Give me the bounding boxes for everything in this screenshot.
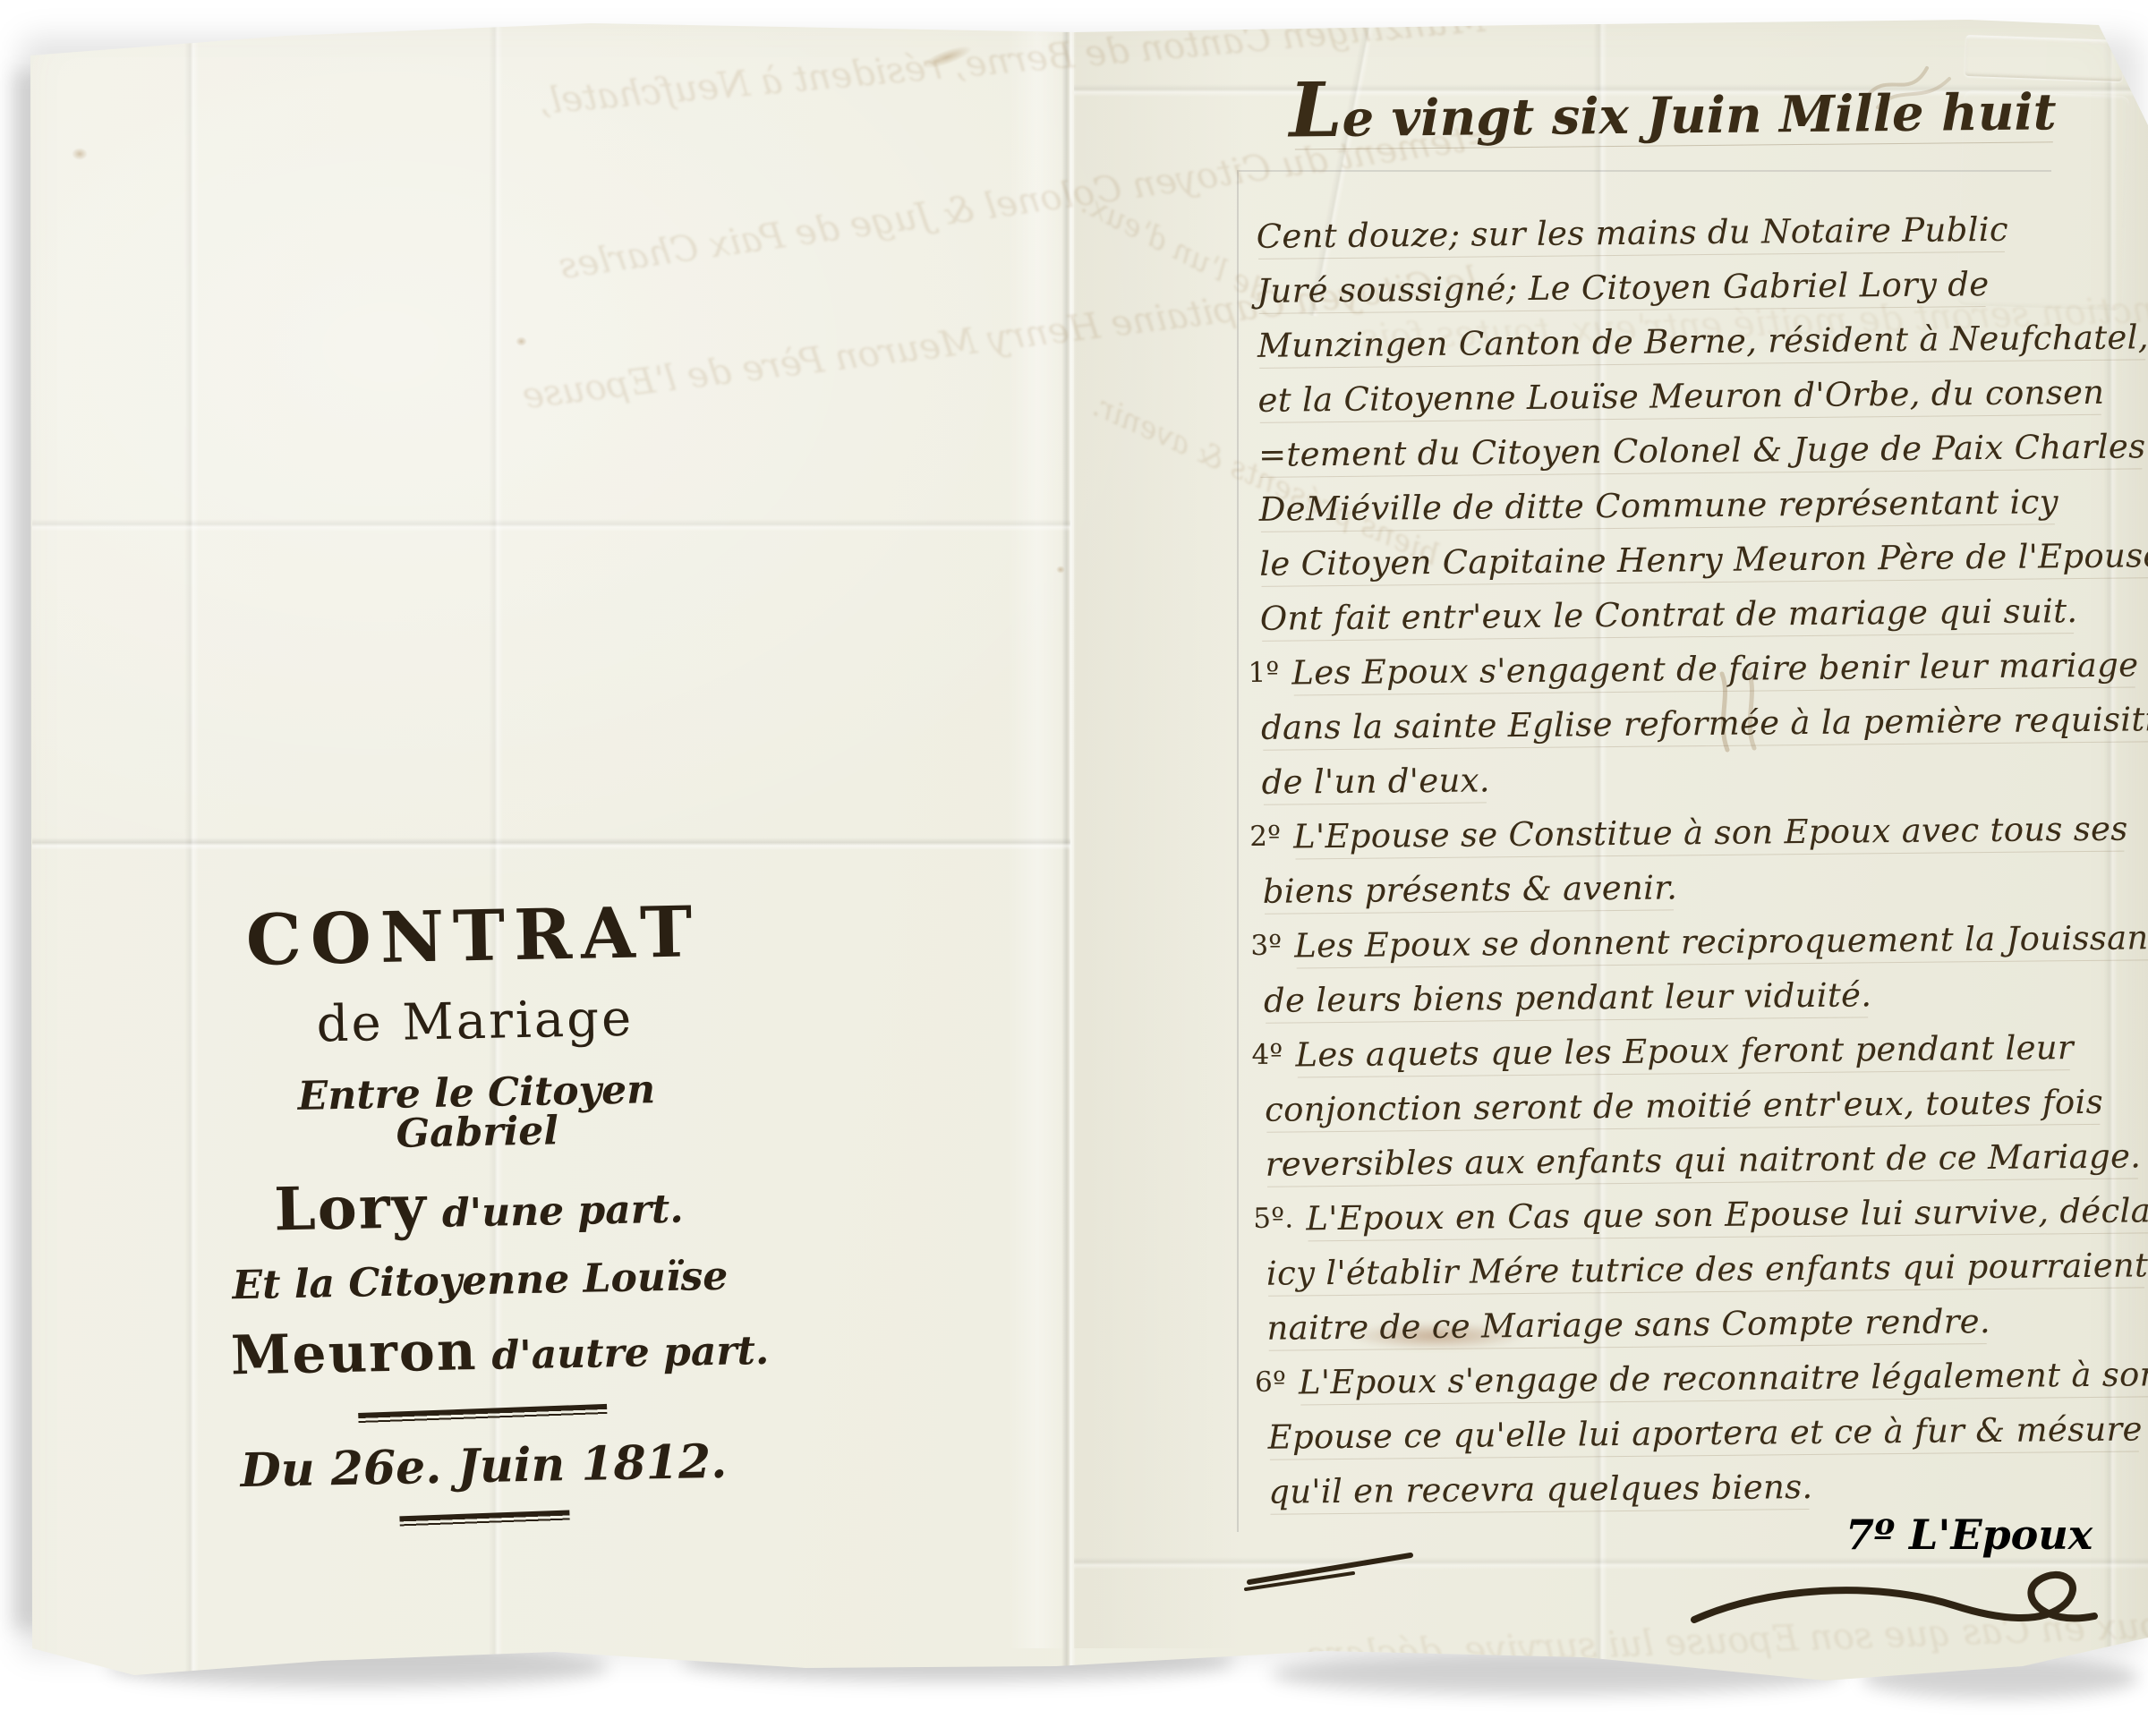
manuscript-line: le Citoyen Capitaine Henry Meuron Père d… <box>1247 529 2148 592</box>
manuscript-line: 2º L'Epouse se Constitue à son Epoux ave… <box>1249 802 2148 865</box>
manuscript-line: 1º Les Epoux s'engagent de faire benir l… <box>1248 638 2148 702</box>
manuscript-line-text: de leurs biens pendant leur viduité. <box>1264 979 1872 1018</box>
bleedthrough-text: conjonction seront de moitié entr'eux, t… <box>1360 289 2148 356</box>
manuscript-line: Cent douze; sur les mains du Notaire Pub… <box>1244 201 2148 265</box>
manuscript-line-text: Munzingen Canton de Berne, résident à Ne… <box>1257 321 2148 363</box>
manuscript-line: reversibles aux enfants qui naitront de … <box>1252 1129 2148 1193</box>
photo-background: Munzingen Canton de Berne, résident à Ne… <box>0 0 2148 1736</box>
manuscript-line: icy l'établir Mére tutrice des enfants q… <box>1254 1238 2148 1302</box>
horizontal-fold-crease <box>1074 1557 2148 1570</box>
manuscript-line-text: conjonction seront de moitié entr'eux, t… <box>1265 1085 2103 1127</box>
manuscript-line-text: Cent douze; sur les mains du Notaire Pub… <box>1257 213 2008 253</box>
manuscript-line-text: L'Epoux s'engage de reconnaitre légaleme… <box>1299 1358 2148 1400</box>
horizontal-fold-crease <box>32 838 1070 850</box>
clause-seven-signature-label: 7º L'Epoux <box>1845 1514 2093 1555</box>
vertical-fold-crease <box>1593 0 1607 1736</box>
ink-squiggle-mark <box>1711 669 1774 754</box>
manuscript-line: =tement du Citoyen Colonel & Juge de Pai… <box>1246 420 2148 483</box>
contract-text-column: Le vingt six Juin Mille huit Cent douze;… <box>1242 61 2148 1519</box>
manuscript-line: 4º Les aquets que les Epoux feront penda… <box>1251 1020 2148 1084</box>
manuscript-line-text: naitre de ce Mariage sans Compte rendre. <box>1266 1305 1990 1345</box>
manuscript-line: naitre de ce Mariage sans Compte rendre. <box>1254 1293 2148 1357</box>
clause-number: 2º <box>1249 823 1281 851</box>
manuscript-line: biens présents & avenir. <box>1250 856 2148 920</box>
manuscript-line: Juré soussigné; Le Citoyen Gabriel Lory … <box>1244 256 2148 319</box>
cover-line-bride: Meurond'autre part. <box>230 1320 732 1383</box>
diagonal-crease <box>1307 16 1377 317</box>
groom-surname: Lory <box>274 1171 429 1244</box>
cover-title: CONTRAT <box>222 898 724 977</box>
manuscript-line-text: =tement du Citoyen Colonel & Juge de Pai… <box>1258 430 2146 472</box>
manuscript-line-text: et la Citoyenne Louïse Meuron d'Orbe, du… <box>1257 376 2104 417</box>
groom-part-label: d'une part. <box>441 1187 684 1237</box>
vertical-fold-crease <box>184 0 199 1736</box>
manuscript-line: 3º Les Epoux se donnent reciproquement l… <box>1250 911 2148 974</box>
manuscript-line: Ont fait entr'eux le Contrat de mariage … <box>1248 583 2148 647</box>
cover-date: Du 26e. Juin 1812. <box>233 1439 735 1495</box>
manuscript-line-text: dans la sainte Eglise reformée à la pemi… <box>1261 702 2148 745</box>
horizontal-fold-crease <box>1074 84 2148 97</box>
faint-scribble-mark <box>1860 52 1958 115</box>
center-fold-highlight <box>1008 27 1067 1648</box>
manuscript-line-text: qu'il en recevra quelques biens. <box>1268 1470 1813 1509</box>
manuscript-line: conjonction seront de moitié entr'eux, t… <box>1252 1075 2148 1138</box>
clause-number: 1º <box>1248 660 1279 687</box>
manuscript-line: de l'un d'eux. <box>1249 747 2148 811</box>
center-fold-shading <box>1074 27 1244 1648</box>
foxing-spot <box>1056 566 1065 574</box>
clause-number: 5º. <box>1253 1205 1293 1233</box>
clause-number: 4º <box>1251 1042 1283 1069</box>
manuscript-line: dans la sainte Eglise reformée à la pemi… <box>1249 693 2148 756</box>
clause-number: 3º <box>1250 932 1282 960</box>
cover-title-block: CONTRAT de Mariage Entre le Citoyen Gabr… <box>222 898 735 1530</box>
clause-number: 6º <box>1255 1369 1286 1397</box>
pencil-guide-frame <box>1237 170 2051 1532</box>
ink-smear <box>1347 1323 1526 1349</box>
bleedthrough-text: biens présents & avenir. <box>1088 390 1444 571</box>
manuscript-line: DeMiéville de ditte Commune représentant… <box>1246 474 2148 538</box>
manuscript-line: qu'il en recevra quelques biens. <box>1256 1457 2148 1520</box>
manuscript-line-text: Les Epoux se donnent reciproquement la J… <box>1294 921 2148 963</box>
bleedthrough-text: de l'un d'eux. <box>1077 187 1274 308</box>
manuscript-line: 6º L'Epoux s'engage de reconnaitre légal… <box>1255 1348 2148 1411</box>
manuscript-line-text: le Citoyen Capitaine Henry Meuron Père d… <box>1259 540 2148 582</box>
foxing-spot <box>72 148 88 160</box>
manuscript-line: 5º. L'Epoux en Cas que son Epouse lui su… <box>1253 1184 2148 1247</box>
vertical-fold-crease <box>489 0 503 1736</box>
bleedthrough-text: Munzingen Canton de Berne, résident à Ne… <box>537 2 1486 120</box>
signature-flourish <box>1681 1568 2119 1657</box>
contract-opening-line: Le vingt six Juin Mille huit <box>1289 62 2057 152</box>
contract-body-lines: Cent douze; sur les mains du Notaire Pub… <box>1244 201 2148 1520</box>
cover-line-bride-intro: Et la Citoyenne Louïse <box>229 1257 731 1306</box>
manuscript-line-text: Ont fait entr'eux le Contrat de mariage … <box>1260 594 2078 635</box>
double-rule <box>358 1404 607 1425</box>
double-rule <box>399 1510 569 1528</box>
horizontal-fold-crease <box>32 519 1070 532</box>
manuscript-line-text: L'Epouse se Constitue à son Epoux avec t… <box>1293 813 2128 854</box>
embossed-stamp <box>1965 35 2123 81</box>
cover-line-groom: Loryd'une part. <box>227 1171 729 1240</box>
manuscript-line-text: Epouse ce qu'elle lui aportera et ce à f… <box>1267 1413 2142 1454</box>
bleedthrough-text: =tement du Citoyen Colonel & Juge de Pai… <box>557 118 1497 285</box>
paraph-dashes <box>1244 1545 1423 1594</box>
vertical-fold-crease <box>2103 0 2118 1736</box>
manuscript-line-text: de l'un d'eux. <box>1261 764 1490 799</box>
foxing-spot <box>516 336 527 346</box>
document-paper: Munzingen Canton de Berne, résident à Ne… <box>0 0 2148 1736</box>
manuscript-line-text: Les aquets que les Epoux feront pendant … <box>1295 1032 2074 1072</box>
manuscript-line-text: Juré soussigné; Le Citoyen Gabriel Lory … <box>1257 268 1989 308</box>
cover-subtitle: de Mariage <box>224 992 726 1052</box>
manuscript-line-text: L'Epoux en Cas que son Epouse lui surviv… <box>1306 1194 2148 1235</box>
bride-surname: Meuron <box>230 1320 478 1387</box>
foxing-spot <box>919 41 975 73</box>
manuscript-line: de leurs biens pendant leur viduité. <box>1251 966 2148 1029</box>
manuscript-line: Epouse ce qu'elle lui aportera et ce à f… <box>1255 1402 2148 1466</box>
manuscript-line-text: DeMiéville de ditte Commune représentant… <box>1259 486 2059 527</box>
embossed-stamp-ghost <box>1956 90 2130 311</box>
cover-line-groom-intro: Entre le Citoyen Gabriel <box>226 1069 729 1158</box>
manuscript-line-text: icy l'établir Mére tutrice des enfants q… <box>1266 1249 2148 1290</box>
manuscript-line: Munzingen Canton de Berne, résident à Ne… <box>1245 311 2148 374</box>
bride-part-label: d'autre part. <box>491 1328 770 1379</box>
manuscript-line: et la Citoyenne Louïse Meuron d'Orbe, du… <box>1245 365 2148 429</box>
manuscript-line-text: Les Epoux s'engagent de faire benir leur… <box>1291 649 2138 690</box>
manuscript-line-text: biens présents & avenir. <box>1263 872 1678 908</box>
center-fold-crease <box>1061 0 1076 1736</box>
manuscript-line-text: reversibles aux enfants qui naitront de … <box>1266 1140 2142 1181</box>
bleedthrough-text: le Citoyen Capitaine Henry Meuron Père d… <box>521 262 1480 415</box>
